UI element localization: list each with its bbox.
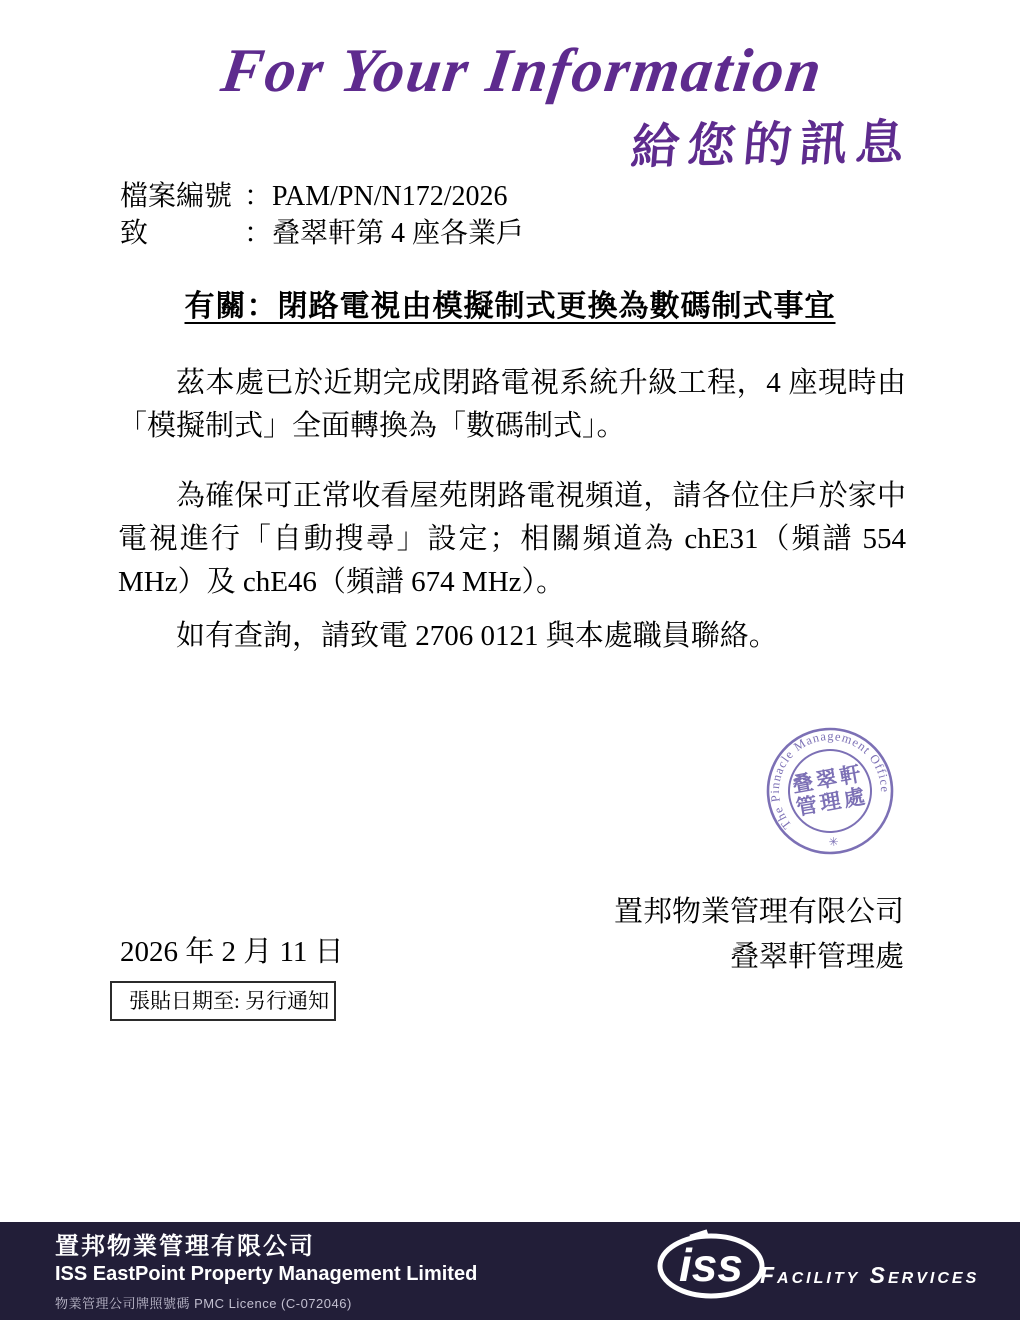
posting-period-box: 張貼日期至: 另行通知: [110, 981, 336, 1021]
iss-logo: iss: [652, 1228, 770, 1300]
signature-block: 置邦物業管理有限公司 叠翠軒管理處: [614, 890, 904, 980]
for-your-information-script: For Your Information: [217, 36, 827, 107]
footer-company-block: 置邦物業管理有限公司 ISS EastPoint Property Manage…: [55, 1233, 477, 1312]
paragraph-upgrade-complete: 茲本處已於近期完成閉路電視系統升級工程，4 座現時由「模擬制式」全面轉換為「數碼…: [118, 362, 906, 448]
footer-company-en: ISS EastPoint Property Management Limite…: [55, 1261, 477, 1287]
meta-block: 檔案編號 ： PAM/PN/N172/2026 致 ： 叠翠軒第 4 座各業戶: [120, 178, 524, 252]
footer-band: 置邦物業管理有限公司 ISS EastPoint Property Manage…: [0, 1222, 1020, 1320]
file-number-label: 檔案編號: [120, 178, 244, 215]
paragraph-retune-instructions: 為確保可正常收看屋苑閉路電視頻道，請各位住戶於家中電視進行「自動搜尋」設定；相關…: [118, 475, 906, 604]
iss-logo-text: iss: [679, 1239, 743, 1291]
signature-company: 置邦物業管理有限公司: [614, 890, 904, 935]
addressee-colon: ：: [244, 215, 272, 252]
footer-licence: 物業管理公司牌照號碼 PMC Licence (C-072046): [55, 1293, 477, 1312]
notice-title: 有關：閉路電視由模擬制式更換為數碼制式事宜: [0, 281, 1020, 325]
header-chinese-calligraphy: 給您的訊息: [629, 104, 916, 178]
file-number-row: 檔案編號 ： PAM/PN/N172/2026: [120, 178, 524, 215]
footer-company-zh: 置邦物業管理有限公司: [55, 1233, 477, 1261]
addressee-value: 叠翠軒第 4 座各業戶: [272, 215, 524, 252]
addressee-label: 致: [120, 215, 244, 252]
file-number-value: PAM/PN/N172/2026: [272, 178, 507, 215]
notice-page: For Your Information 給您的訊息 檔案編號 ： PAM/PN…: [0, 0, 1020, 1320]
addressee-row: 致 ： 叠翠軒第 4 座各業戶: [120, 215, 524, 252]
file-number-colon: ：: [244, 178, 272, 215]
iss-logo-caption: Facility Services: [760, 1262, 979, 1289]
notice-body: 茲本處已於近期完成閉路電視系統升級工程，4 座現時由「模擬制式」全面轉換為「數碼…: [118, 362, 906, 658]
stamp-asterisk-glyph: ✳: [828, 835, 839, 850]
paragraph-enquiry-phone: 如有查詢，請致電 2706 0121 與本處職員聯絡。: [118, 615, 906, 658]
signature-office: 叠翠軒管理處: [614, 935, 904, 980]
office-stamp: The Pinnacle Management Office 叠翠軒 管理處 ✳: [763, 724, 897, 858]
notice-date: 2026 年 2 月 11 日: [120, 929, 344, 970]
